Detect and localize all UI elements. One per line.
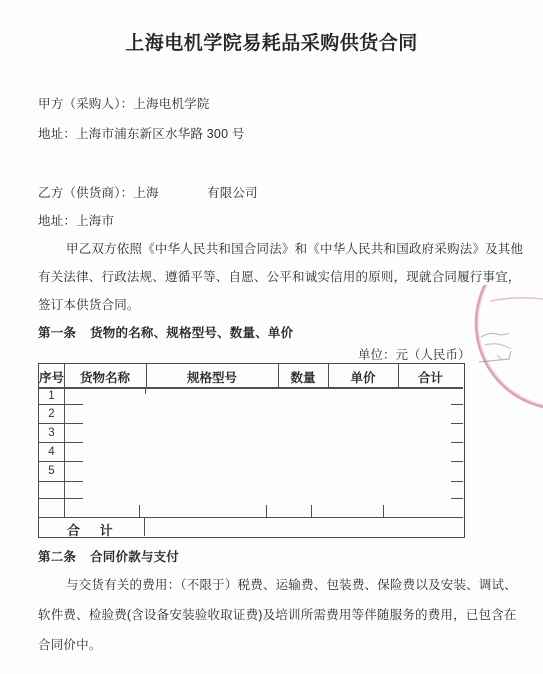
col-header-goods-name: 货物名称 bbox=[64, 368, 146, 386]
preamble-line-3: 签订本供货合同。 bbox=[38, 297, 140, 314]
contract-document-page: 上海电机学院易耗品采购供货合同 甲方（采购人）：上海电机学院 地址：上海市浦东新… bbox=[0, 0, 543, 674]
row-sep-left-5 bbox=[39, 481, 83, 482]
spec-divider-stub bbox=[145, 387, 146, 394]
seal-circle-edge-inner bbox=[478, 285, 543, 407]
row-sep-left-1 bbox=[39, 404, 83, 405]
preamble-line-1: 甲乙双方依照《中华人民共和国合同法》和《中华人民共和国政府采购法》及其他 bbox=[66, 241, 523, 258]
pencil-scribble bbox=[481, 333, 509, 337]
total-row-divider bbox=[144, 517, 145, 536]
col-header-index: 序号 bbox=[39, 368, 64, 386]
pencil-scribble bbox=[497, 355, 501, 359]
bottom-col-tick-3 bbox=[311, 505, 312, 517]
party-b-address: 地址：上海市 bbox=[38, 213, 114, 230]
col-header-quantity: 数量 bbox=[278, 368, 328, 386]
total-row-top-border bbox=[39, 517, 463, 518]
party-a-line: 甲方（采购人）：上海电机学院 bbox=[38, 96, 210, 113]
row-tick-right-5 bbox=[451, 481, 463, 482]
row-sep-left-2 bbox=[39, 423, 83, 424]
pencil-scribble bbox=[485, 344, 511, 349]
row-sep-left-6 bbox=[39, 498, 83, 499]
col-header-spec-model: 规格型号 bbox=[146, 368, 278, 386]
table-row-number: 3 bbox=[39, 427, 64, 439]
document-title: 上海电机学院易耗品采购供货合同 bbox=[0, 28, 543, 55]
article2-number: 第二条 bbox=[38, 550, 76, 564]
row-sep-left-4 bbox=[39, 461, 83, 462]
goods-table: 序号 货物名称 规格型号 数量 单价 合计 1 2 3 4 5 bbox=[38, 363, 465, 538]
table-row-number: 2 bbox=[39, 408, 64, 420]
article2-para-line-1: 与交货有关的费用：（不限于）税费、运输费、包装费、保险费以及安装、调试、 bbox=[66, 577, 517, 594]
table-header-bottom-border bbox=[39, 387, 463, 389]
table-row-number: 1 bbox=[39, 390, 64, 402]
party-a-address: 地址：上海市浦东新区水华路 300 号 bbox=[38, 126, 245, 143]
pink-pen-mark bbox=[490, 298, 543, 301]
seal-circle-edge bbox=[476, 285, 543, 409]
total-row-label: 合 计 bbox=[67, 520, 121, 539]
row-tick-right-6 bbox=[451, 498, 463, 499]
row-tick-right-4 bbox=[451, 461, 463, 462]
bottom-col-tick-1 bbox=[139, 505, 140, 517]
table-row-number: 5 bbox=[39, 465, 64, 477]
col-header-unit-price: 单价 bbox=[328, 368, 398, 386]
article1-heading: 第一条货物的名称、规格型号、数量、单价 bbox=[38, 325, 293, 342]
article1-title: 货物的名称、规格型号、数量、单价 bbox=[90, 326, 293, 340]
party-b-line-prefix: 乙方（供货商）：上海 bbox=[38, 185, 159, 202]
table-row-number: 4 bbox=[39, 446, 64, 458]
article2-title: 合同价款与支付 bbox=[90, 550, 179, 564]
row-sep-left-3 bbox=[39, 442, 83, 443]
article2-para-line-3: 合同价中。 bbox=[38, 637, 102, 654]
bottom-col-tick-2 bbox=[266, 505, 267, 517]
row-tick-right-3 bbox=[451, 442, 463, 443]
party-b-line-suffix: 有限公司 bbox=[207, 185, 258, 202]
article1-number: 第一条 bbox=[38, 326, 76, 340]
red-seal-stamp-arc bbox=[435, 285, 543, 425]
article2-heading: 第二条合同价款与支付 bbox=[38, 549, 179, 566]
article2-para-line-2: 软件费、检验费(含设备安装验收取证费)及培训所需费用等伴随服务的费用，已包含在 bbox=[38, 607, 517, 624]
preamble-line-2: 有关法律、行政法规、遵循平等、自愿、公平和诚实信用的原则，现就合同履行事宜， bbox=[38, 269, 521, 286]
bottom-col-tick-4 bbox=[383, 505, 384, 517]
